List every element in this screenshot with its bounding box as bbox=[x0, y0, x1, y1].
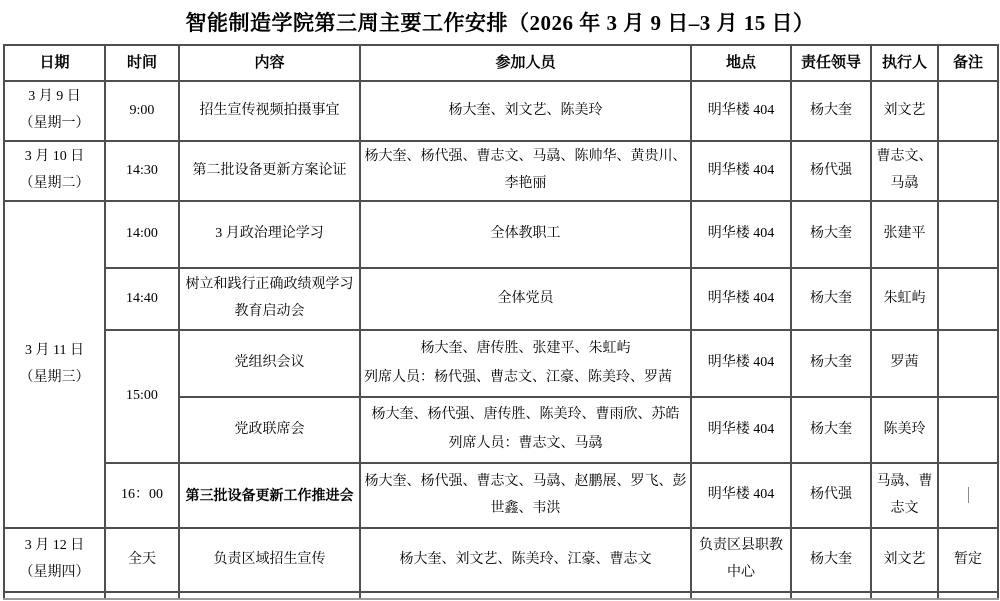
table-row: 3 月 12 日 （星期四）全天负责区域招生宣传杨大奎、刘文艺、陈美玲、江豪、曹… bbox=[4, 528, 998, 592]
remark-cell[interactable] bbox=[938, 268, 998, 330]
remark-cell[interactable] bbox=[938, 330, 998, 397]
remark-cell[interactable] bbox=[938, 201, 998, 268]
content-cell[interactable]: 党政联席会 bbox=[179, 397, 360, 463]
table-row: 3 月 10 日 （星期二）14:30第二批设备更新方案论证杨大奎、杨代强、曹志… bbox=[4, 141, 998, 201]
header-cell-location[interactable]: 地点 bbox=[691, 45, 791, 81]
executor-cell[interactable]: 陈美玲 bbox=[871, 397, 938, 463]
leader-cell[interactable]: 杨大奎 bbox=[791, 81, 871, 141]
executor-cell-partial bbox=[871, 592, 938, 599]
leader-cell[interactable]: 杨大奎 bbox=[791, 201, 871, 268]
leader-cell[interactable]: 杨大奎 bbox=[791, 268, 871, 330]
executor-cell[interactable]: 刘文艺 bbox=[871, 81, 938, 141]
date-cell[interactable]: 3 月 9 日 （星期一） bbox=[4, 81, 105, 141]
leader-cell[interactable]: 杨代强 bbox=[791, 463, 871, 528]
participants-cell[interactable]: 杨大奎、刘文艺、陈美玲 bbox=[360, 81, 691, 141]
header-cell-date[interactable]: 日期 bbox=[4, 45, 105, 81]
content-cell[interactable]: 第二批设备更新方案论证 bbox=[179, 141, 360, 201]
location-cell[interactable]: 明华楼 404 bbox=[691, 268, 791, 330]
location-cell[interactable]: 明华楼 404 bbox=[691, 141, 791, 201]
content-cell[interactable]: 树立和践行正确政绩观学习教育启动会 bbox=[179, 268, 360, 330]
time-cell[interactable]: 14:40 bbox=[105, 268, 179, 330]
content-cell-partial bbox=[179, 592, 360, 599]
remark-cell-partial bbox=[938, 592, 998, 599]
participants-line: 列席人员：杨代强、曹志文、江豪、陈美玲、罗茜 bbox=[364, 364, 687, 393]
header-cell-leader[interactable]: 责任领导 bbox=[791, 45, 871, 81]
text-cursor bbox=[968, 487, 969, 503]
leader-cell[interactable]: 杨大奎 bbox=[791, 397, 871, 463]
location-cell[interactable]: 负责区县职教中心 bbox=[691, 528, 791, 592]
date-cell[interactable]: 3 月 11 日 （星期三） bbox=[4, 201, 105, 528]
remark-cell[interactable] bbox=[938, 141, 998, 201]
location-cell[interactable]: 明华楼 404 bbox=[691, 81, 791, 141]
time-cell-partial bbox=[105, 592, 179, 599]
table-row: 14:40树立和践行正确政绩观学习教育启动会全体党员明华楼 404杨大奎朱虹屿 bbox=[4, 268, 998, 330]
table-row: 15:00党组织会议杨大奎、唐传胜、张建平、朱虹屿列席人员：杨代强、曹志文、江豪… bbox=[4, 330, 998, 397]
executor-cell[interactable]: 罗茜 bbox=[871, 330, 938, 397]
participants-cell[interactable]: 全体教职工 bbox=[360, 201, 691, 268]
content-cell[interactable]: 党组织会议 bbox=[179, 330, 360, 397]
executor-cell[interactable]: 曹志文、马骉 bbox=[871, 141, 938, 201]
date-cell[interactable]: 3 月 10 日 （星期二） bbox=[4, 141, 105, 201]
leader-cell-partial bbox=[791, 592, 871, 599]
time-cell[interactable]: 9:00 bbox=[105, 81, 179, 141]
leader-cell[interactable]: 杨代强 bbox=[791, 141, 871, 201]
executor-cell[interactable]: 马骉、曹志文 bbox=[871, 463, 938, 528]
header-row: 日期时间内容参加人员地点责任领导执行人备注 bbox=[4, 45, 998, 81]
participants-line: 杨大奎、唐传胜、张建平、朱虹屿 bbox=[364, 335, 687, 364]
leader-cell[interactable]: 杨大奎 bbox=[791, 330, 871, 397]
participants-cell[interactable]: 杨大奎、杨代强、唐传胜、陈美玲、曹雨欣、苏皓列席人员：曹志文、马骉 bbox=[360, 397, 691, 463]
remark-cell[interactable] bbox=[938, 397, 998, 463]
participants-cell[interactable]: 杨大奎、唐传胜、张建平、朱虹屿列席人员：杨代强、曹志文、江豪、陈美玲、罗茜 bbox=[360, 330, 691, 397]
time-cell[interactable]: 全天 bbox=[105, 528, 179, 592]
participants-cell-partial bbox=[360, 592, 691, 599]
location-cell[interactable]: 明华楼 404 bbox=[691, 463, 791, 528]
location-cell[interactable]: 明华楼 404 bbox=[691, 201, 791, 268]
header-cell-remark[interactable]: 备注 bbox=[938, 45, 998, 81]
content-cell[interactable]: 3 月政治理论学习 bbox=[179, 201, 360, 268]
date-cell[interactable]: 3 月 12 日 （星期四） bbox=[4, 528, 105, 592]
content-cell[interactable]: 第三批设备更新工作推进会 bbox=[179, 463, 360, 528]
time-cell[interactable]: 14:30 bbox=[105, 141, 179, 201]
remark-cell[interactable] bbox=[938, 81, 998, 141]
content-cell[interactable]: 招生宣传视频拍摄事宜 bbox=[179, 81, 360, 141]
remark-cell[interactable] bbox=[938, 463, 998, 528]
header-cell-content[interactable]: 内容 bbox=[179, 45, 360, 81]
location-cell[interactable]: 明华楼 404 bbox=[691, 397, 791, 463]
participants-cell[interactable]: 杨大奎、杨代强、曹志文、马骉、陈帅华、黄贵川、李艳丽 bbox=[360, 141, 691, 201]
participants-cell[interactable]: 全体党员 bbox=[360, 268, 691, 330]
table-row: 3 月 11 日 （星期三）14:003 月政治理论学习全体教职工明华楼 404… bbox=[4, 201, 998, 268]
schedule-table: 日期时间内容参加人员地点责任领导执行人备注 3 月 9 日 （星期一）9:00招… bbox=[3, 44, 999, 600]
time-cell[interactable]: 16：00 bbox=[105, 463, 179, 528]
table-row: 16：00第三批设备更新工作推进会杨大奎、杨代强、曹志文、马骉、赵鹏展、罗飞、彭… bbox=[4, 463, 998, 528]
header-cell-participants[interactable]: 参加人员 bbox=[360, 45, 691, 81]
executor-cell[interactable]: 刘文艺 bbox=[871, 528, 938, 592]
header-cell-executor[interactable]: 执行人 bbox=[871, 45, 938, 81]
content-cell[interactable]: 负责区域招生宣传 bbox=[179, 528, 360, 592]
time-cell[interactable]: 14:00 bbox=[105, 201, 179, 268]
table-row: 3 月 9 日 （星期一）9:00招生宣传视频拍摄事宜杨大奎、刘文艺、陈美玲明华… bbox=[4, 81, 998, 141]
partial-row bbox=[4, 592, 998, 599]
executor-cell[interactable]: 朱虹屿 bbox=[871, 268, 938, 330]
remark-cell[interactable]: 暂定 bbox=[938, 528, 998, 592]
executor-cell[interactable]: 张建平 bbox=[871, 201, 938, 268]
location-cell-partial bbox=[691, 592, 791, 599]
header-cell-time[interactable]: 时间 bbox=[105, 45, 179, 81]
date-cell-partial bbox=[4, 592, 105, 599]
schedule-body: 3 月 9 日 （星期一）9:00招生宣传视频拍摄事宜杨大奎、刘文艺、陈美玲明华… bbox=[4, 81, 998, 599]
page-title: 智能制造学院第三周主要工作安排（2026 年 3 月 9 日–3 月 15 日） bbox=[0, 0, 1000, 44]
time-cell[interactable]: 15:00 bbox=[105, 330, 179, 463]
participants-cell[interactable]: 杨大奎、刘文艺、陈美玲、江豪、曹志文 bbox=[360, 528, 691, 592]
location-cell[interactable]: 明华楼 404 bbox=[691, 330, 791, 397]
participants-line: 杨大奎、杨代强、唐传胜、陈美玲、曹雨欣、苏皓 bbox=[364, 401, 687, 430]
participants-cell[interactable]: 杨大奎、杨代强、曹志文、马骉、赵鹏展、罗飞、彭世鑫、韦洪 bbox=[360, 463, 691, 528]
leader-cell[interactable]: 杨大奎 bbox=[791, 528, 871, 592]
participants-line: 列席人员：曹志文、马骉 bbox=[364, 430, 687, 459]
